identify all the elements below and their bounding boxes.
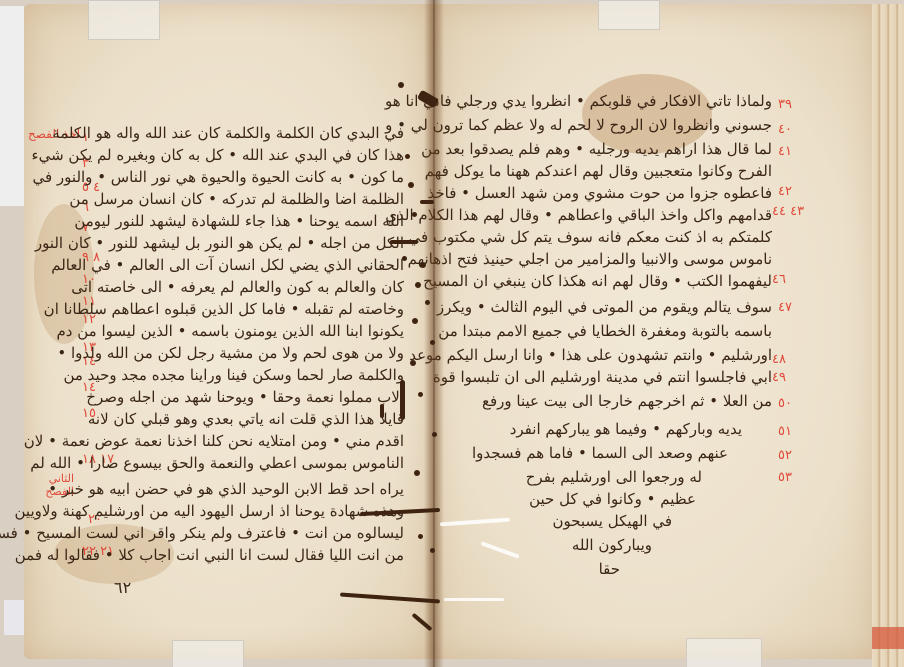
text-line: ناموس موسى والانبيا والمزامير من اجلي حي…: [408, 248, 772, 270]
ink-drop: [418, 392, 423, 397]
text-line: اقدم مني • ومن امتلايه نحن كلنا اخذنا نع…: [24, 430, 404, 452]
text-line: حقا: [599, 558, 620, 580]
text-line: وهذه شهادة يوحنا اذ ارسل اليهود اليه من …: [15, 500, 405, 522]
ink-drop: [405, 154, 410, 159]
text-line: ما كون • به كانت الحيوة والحيوة هي نور ا…: [32, 166, 404, 188]
verse-number: ٥٢: [778, 448, 792, 463]
verse-number: ٥٣: [778, 470, 792, 485]
ink-drip: [380, 404, 384, 418]
verse-number: ٤١: [778, 144, 792, 159]
verse-number: ٤٨: [772, 352, 786, 367]
text-line: له ورجعوا الى اورشليم بفرح: [526, 466, 702, 488]
text-line: يديه وباركهم • وفيما هو يباركهم انفرد: [510, 418, 742, 440]
repair-tape: [88, 0, 160, 40]
text-line: قايلا هذا الذي قلت انه ياتي بعدي وهو قبل…: [88, 408, 404, 430]
ink-drop: [425, 300, 430, 305]
text-line: ابي فاجلسوا انتم في مدينة اورشليم الى ان…: [433, 366, 772, 388]
text-line: ليسالوه من انت • فاعترف ولم ينكر واقر ان…: [0, 522, 404, 544]
text-line: لما قال هذا اراهم يديه ورجليه • وهم فلم …: [421, 138, 772, 160]
verse-number: ٤٠: [778, 122, 792, 137]
text-line: ويباركون الله: [572, 534, 652, 556]
verse-number: ٤٧: [778, 300, 792, 315]
text-line: كلمتكم به اذ كنت معكم فانه سوف يتم كل شي…: [409, 226, 773, 248]
text-line: عنهم وصعد الى السما • فاما هم فسجدوا: [472, 442, 728, 464]
repair-tape: [598, 0, 660, 30]
text-line: سوف يتالم ويقوم من الموتى في اليوم الثال…: [437, 296, 772, 318]
page-edges: [872, 4, 904, 667]
repair-tape: [172, 640, 244, 667]
verse-number: ٤٣ ٤٤: [772, 204, 804, 219]
white-backing-strip: [4, 600, 24, 635]
text-line: في البدي كان الكلمة والكلمة كان عند الله…: [52, 122, 404, 144]
text-line: عظيم • وكانوا في كل حين: [529, 488, 696, 510]
text-line: وخاصته لم تقبله • فاما كل الذين قبلوه اع…: [44, 298, 404, 320]
verse-number: ٤٦: [772, 272, 786, 287]
text-line: من العلا • ثم اخرجهم خارجا الى بيت عينا …: [482, 390, 772, 412]
right-page: ٣٩ ٤٠ ٤١ ٤٢ ٤٣ ٤٤ ٤٦ ٤٧ ٤٨ ٤٩ ٥٠ ٥١ ٥٢ ٥…: [432, 4, 876, 659]
left-page-text: في البدي كان الكلمة والكلمة كان عند الله…: [94, 122, 404, 582]
red-edge-mark: [872, 627, 904, 649]
verse-number: ٤٢: [778, 184, 792, 199]
ink-drop: [402, 256, 407, 261]
ink-drop: [410, 360, 416, 366]
right-page-text: ولماذا تاتي الافكار في قلوبكم • انظروا ي…: [452, 90, 772, 550]
ink-drop: [430, 548, 435, 553]
ink-drip: [400, 380, 405, 420]
ink-drop: [414, 470, 420, 476]
ink-drop: [418, 534, 423, 539]
paint-drip: [444, 598, 504, 601]
verse-number: ٤٩: [772, 370, 786, 385]
left-page: اخذ الفصح الثاني الفصح ١ ٣ ٤ ٥ ٦ ٧ ٨ ٩ ١…: [24, 4, 432, 659]
text-line: يكونوا ابنا الله الذين يومنون باسمه • ال…: [56, 320, 404, 342]
text-line: الحقاني الذي يضي لكل انسان آت الى العالم…: [51, 254, 404, 276]
text-line: ليفهموا الكتب • وقال لهم انه هكذا كان ين…: [423, 270, 772, 292]
ink-drop: [432, 432, 437, 437]
text-line: الكل من اجله • لم يكن هو النور بل ليشهد …: [35, 232, 404, 254]
ink-drop: [398, 82, 404, 88]
text-line: في الهيكل يسبحون: [552, 510, 672, 532]
text-line: الاب مملوا نعمة وحقا • ويوحنا شهد من اجل…: [86, 386, 404, 408]
ink-drop: [420, 262, 426, 268]
text-line: باسمه بالتوبة ومغفرة الخطايا في جميع الا…: [438, 320, 772, 342]
text-line: ولا من هوى لحم ولا من مشية رجل لكن من ال…: [57, 342, 404, 364]
ink-drip: [420, 200, 434, 204]
text-line: من انت الليا فقال لست انا النبي انت اجاب…: [15, 544, 404, 566]
ink-drop: [412, 318, 418, 324]
ink-drop: [408, 182, 414, 188]
ink-drop: [430, 340, 435, 345]
verse-number: ٣٩: [778, 97, 792, 112]
text-line: هذا كان في البدي عند الله • كل به كان وب…: [32, 144, 404, 166]
text-line: الظلمة اضا والظلمة لم تدركه • كان انسان …: [69, 188, 404, 210]
text-line: الله اسمه يوحنا • هذا جاء للشهادة ليشهد …: [74, 210, 404, 232]
folio-number: ٦٢: [114, 578, 131, 597]
text-line: الفرح وكانوا متعجبين وقال لهم اعندكم ههن…: [425, 160, 772, 182]
text-line: يراه احد قط الابن الوحيد الذي هو في حضن …: [48, 478, 404, 500]
verse-number: ٥٠: [778, 396, 792, 411]
verse-number: ٥١: [778, 424, 792, 439]
text-line: الناموس بموسى اعطي والنعمة والحق بيسوع ص…: [30, 452, 404, 474]
ink-drip: [390, 240, 418, 244]
ink-drop: [415, 282, 421, 288]
ink-drop: [412, 212, 417, 217]
text-line: فاعطوه جزوا من حوت مشوي ومن شهد العسل • …: [428, 182, 772, 204]
repair-tape: [686, 638, 762, 667]
text-line: اورشليم • وانتم تشهدون على هذا • وانا ار…: [409, 344, 772, 366]
white-backing-strip: [0, 6, 24, 206]
text-line: والكلمة صار لحما وسكن فينا وراينا مجده م…: [63, 364, 404, 386]
text-line: كان والعالم به كون والعالم لم يعرفه • ال…: [71, 276, 404, 298]
